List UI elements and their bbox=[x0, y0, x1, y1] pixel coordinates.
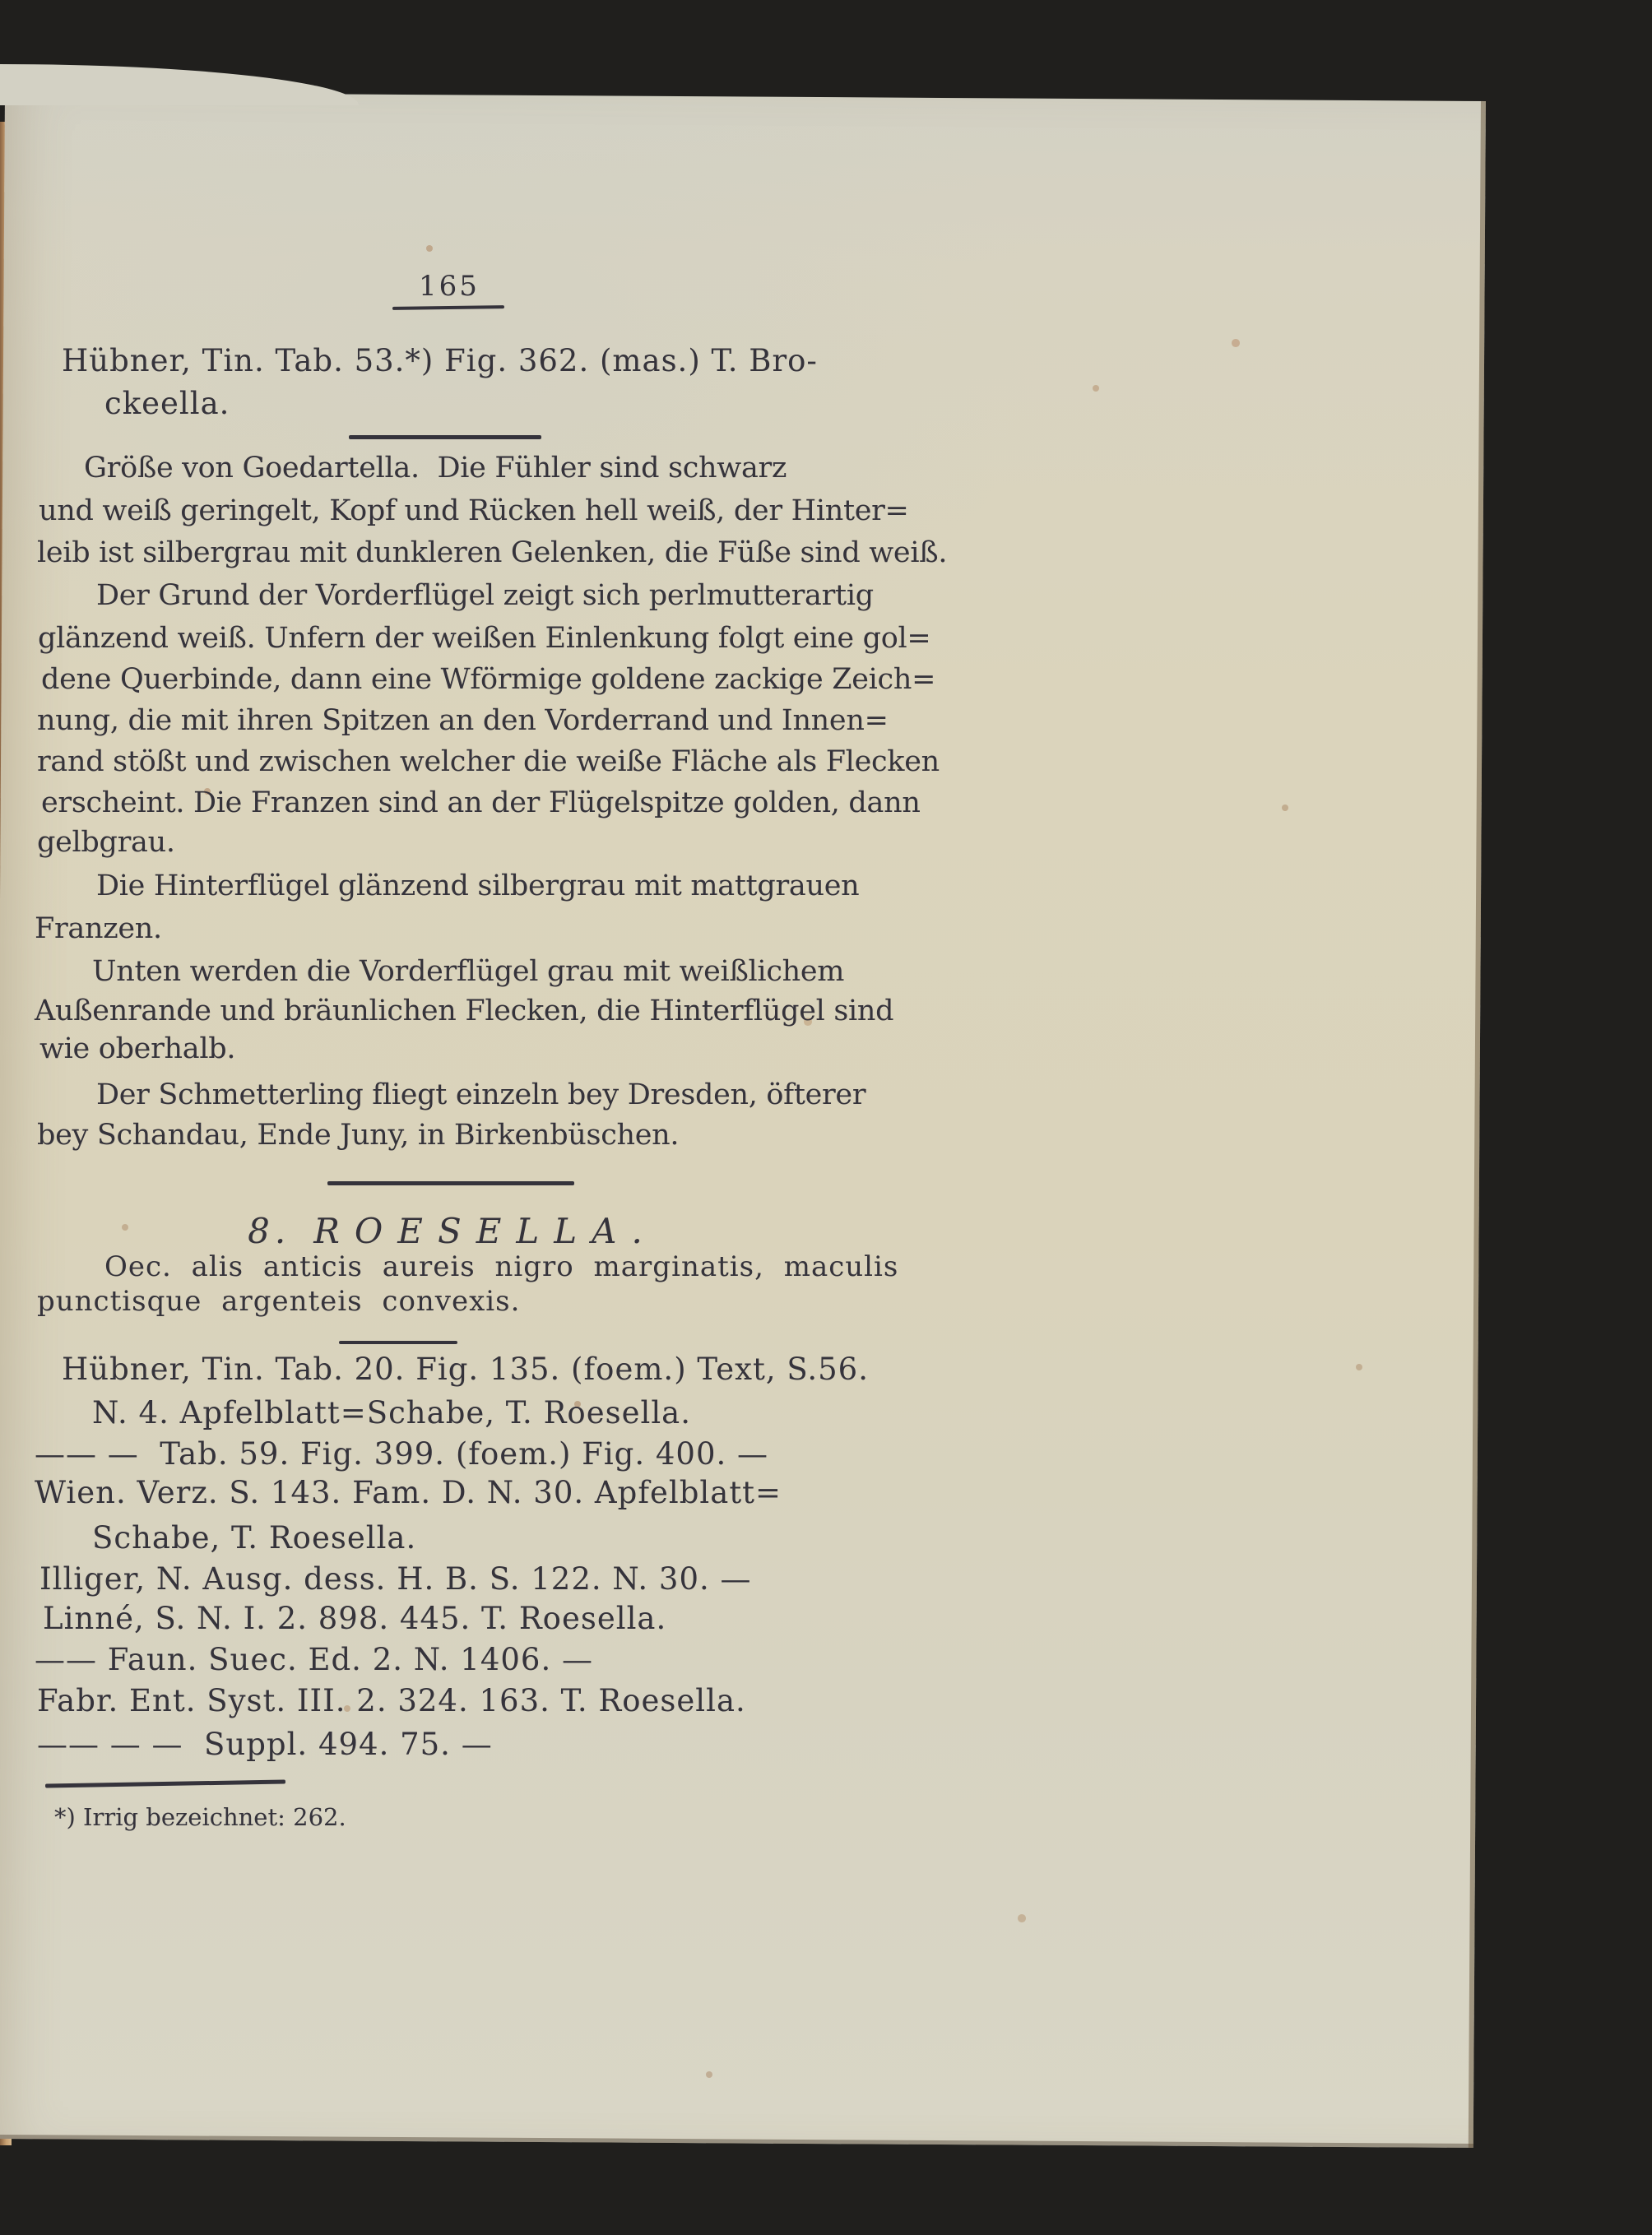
body-text-line: glänzend weiß. Unfern der weißen Einlenk… bbox=[38, 622, 930, 655]
species-heading: 8.ROESELLA. bbox=[37, 1211, 868, 1251]
body-text-line: leib ist silbergrau mit dunkleren Gelenk… bbox=[37, 536, 947, 569]
citation-line: Schabe, T. Roesella. bbox=[92, 1520, 416, 1556]
citation-line: Hübner, Tin. Tab. 53.*) Fig. 362. (mas.)… bbox=[62, 343, 818, 378]
citation-line: —— — — Suppl. 494. 75. — bbox=[37, 1727, 493, 1762]
body-text-line: erscheint. Die Franzen sind an der Flüge… bbox=[41, 786, 921, 819]
page-content: 165 Hübner, Tin. Tab. 53.*) Fig. 362. (m… bbox=[0, 0, 1652, 2235]
body-text-line: gelbgrau. bbox=[37, 826, 175, 859]
citation-line: Hübner, Tin. Tab. 20. Fig. 135. (foem.) … bbox=[62, 1352, 869, 1387]
separator-rule bbox=[349, 435, 541, 439]
footnote-rule bbox=[45, 1779, 285, 1788]
page-number: 165 bbox=[395, 270, 503, 303]
citation-line: Fabr. Ent. Syst. III. 2. 324. 163. T. Ro… bbox=[37, 1683, 746, 1718]
species-name: ROESELLA. bbox=[313, 1211, 657, 1251]
body-text-line: wie oberhalb. bbox=[39, 1032, 235, 1065]
page-number-rule bbox=[392, 305, 504, 310]
body-text-line: und weiß geringelt, Kopf und Rücken hell… bbox=[39, 494, 909, 527]
body-text-line: Der Schmetterling fliegt einzeln bey Dre… bbox=[96, 1078, 865, 1111]
latin-diagnosis-line: Oec. alis anticis aureis nigro marginati… bbox=[104, 1250, 898, 1283]
citation-line: ckeella. bbox=[104, 386, 230, 421]
body-text-line: Die Hinterflügel glänzend silbergrau mit… bbox=[96, 869, 859, 902]
citation-line: —— — Tab. 59. Fig. 399. (foem.) Fig. 400… bbox=[35, 1436, 768, 1472]
body-text-line: Der Grund der Vorderflügel zeigt sich pe… bbox=[96, 579, 874, 612]
citation-line: N. 4. Apfelblatt=Schabe, T. Roesella. bbox=[92, 1395, 691, 1430]
citation-line: Linné, S. N. I. 2. 898. 445. T. Roesella… bbox=[43, 1601, 666, 1636]
body-text-line: Unten werden die Vorderflügel grau mit w… bbox=[92, 955, 844, 988]
citation-line: —— Faun. Suec. Ed. 2. N. 1406. — bbox=[35, 1642, 593, 1677]
species-number: 8. bbox=[248, 1211, 290, 1251]
body-text-line: Franzen. bbox=[35, 912, 162, 945]
body-text-line: Außenrande und bräunlichen Flecken, die … bbox=[35, 995, 893, 1027]
footnote-text: *) Irrig bezeichnet: 262. bbox=[54, 1803, 346, 1831]
body-text-line: bey Schandau, Ende Juny, in Birkenbüsche… bbox=[37, 1119, 679, 1152]
body-text-line: rand stößt und zwischen welcher die weiß… bbox=[37, 745, 940, 778]
body-text-line: dene Querbinde, dann eine Wförmige golde… bbox=[41, 663, 935, 696]
latin-diagnosis-line: punctisque argenteis convexis. bbox=[37, 1285, 520, 1318]
separator-rule bbox=[339, 1341, 457, 1344]
citation-line: Wien. Verz. S. 143. Fam. D. N. 30. Apfel… bbox=[35, 1475, 782, 1510]
book-scan: 165 Hübner, Tin. Tab. 53.*) Fig. 362. (m… bbox=[0, 0, 1652, 2235]
body-text-line: nung, die mit ihren Spitzen an den Vorde… bbox=[37, 704, 889, 737]
separator-rule bbox=[327, 1181, 574, 1185]
body-text-line: Größe von Goedartella. Die Fühler sind s… bbox=[84, 452, 787, 485]
citation-line: Illiger, N. Ausg. dess. H. B. S. 122. N.… bbox=[39, 1561, 752, 1597]
